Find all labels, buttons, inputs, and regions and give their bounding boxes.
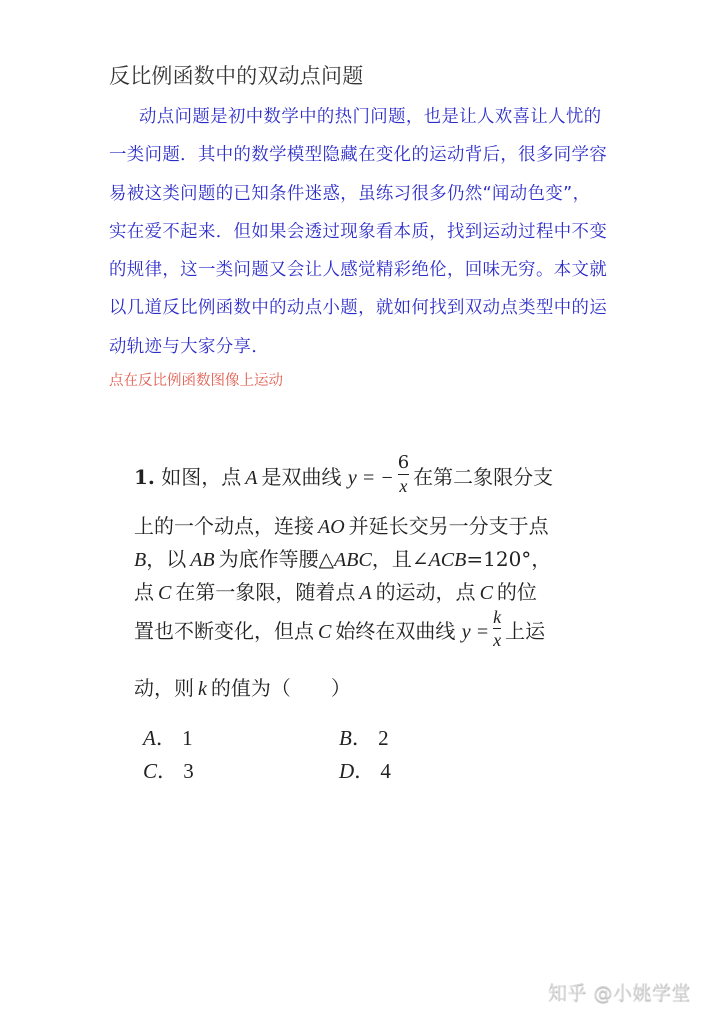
option-c: C． 3 bbox=[143, 755, 194, 785]
equation-lhs: y = − bbox=[348, 467, 394, 489]
section-subheading: 点在反比例函数图像上运动 bbox=[109, 369, 283, 390]
option-b: B． 2 bbox=[339, 722, 389, 752]
fraction-k-over-x: kx bbox=[493, 606, 501, 651]
var-a: A bbox=[245, 467, 257, 489]
fraction-six-over-x: 6x bbox=[398, 452, 409, 497]
intro-line: 易被这类问题的已知条件迷惑，虽练习很多仍然“闻动色变”， bbox=[109, 175, 617, 213]
intro-paragraph: 动点问题是初中数学中的热门问题，也是让人欢喜让人忧的 一类问题．其中的数学模型隐… bbox=[109, 98, 617, 366]
equation-lhs: y = bbox=[462, 621, 489, 643]
zhihu-watermark: 知乎 @小姚学堂 bbox=[548, 978, 691, 1005]
option-d: D． 4 bbox=[339, 755, 391, 785]
problem-line-2: 上的一个动点，连接AO并延长交另一分支于点 bbox=[134, 510, 549, 539]
article-title: 反比例函数中的双动点问题 bbox=[109, 60, 363, 90]
intro-line: 动点问题是初中数学中的热门问题，也是让人欢喜让人忧的 bbox=[109, 98, 617, 136]
problem-line-3: B，以AB为底作等腰△ABC，且∠ACB=120°， bbox=[134, 543, 551, 572]
intro-line: 动轨迹与大家分享． bbox=[109, 328, 617, 366]
intro-line: 一类问题．其中的数学模型隐藏在变化的运动背后，很多同学容 bbox=[109, 136, 617, 174]
problem-line-6: 动，则k的值为（ ） bbox=[134, 672, 351, 701]
problem-line-1: 1. 如图，点A是双曲线 y = −6x在第二象限分支 bbox=[134, 456, 553, 501]
problem-number: 1. bbox=[134, 465, 155, 489]
problem-line-4: 点C在第一象限，随着点A的运动，点C的位 bbox=[134, 576, 537, 605]
option-a: A． 1 bbox=[143, 722, 193, 752]
intro-line: 以几道反比例函数中的动点小题，就如何找到双动点类型中的运 bbox=[109, 289, 617, 327]
intro-line: 实在爱不起来．但如果会透过现象看本质，找到运动过程中不变 bbox=[109, 213, 617, 251]
problem-line-5: 置也不断变化，但点C始终在双曲线 y =kx上运 bbox=[134, 610, 545, 655]
intro-line: 的规律，这一类问题又会让人感觉精彩绝伦，回味无穷。本文就 bbox=[109, 251, 617, 289]
